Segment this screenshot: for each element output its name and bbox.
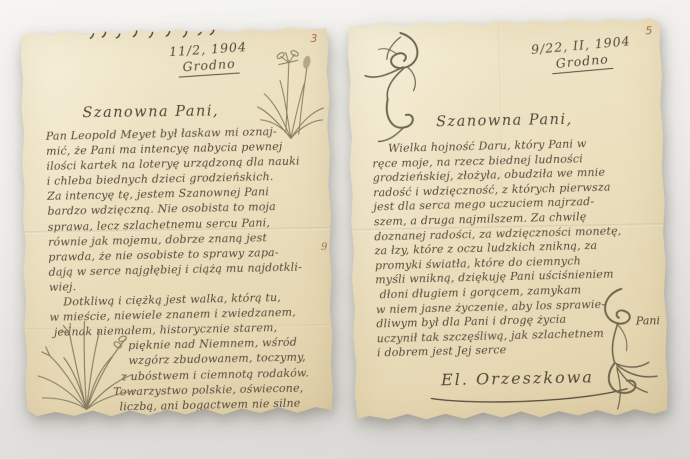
letter-greeting: Szanowna Pani, [436, 112, 573, 131]
letter-date-block: 9/22, II, 1904 Grodno [531, 33, 633, 76]
margin-word: Pani [636, 314, 660, 327]
letter-body: Pan Leopold Meyet był łaskaw mi oznaj-mi… [46, 123, 330, 416]
trimmed-text-remnant-icon [89, 28, 219, 39]
letter-page-1: 3 11/2, 1904 Grodno [19, 24, 334, 422]
flourish-sketch-icon [356, 26, 432, 145]
photo-background: 3 11/2, 1904 Grodno [0, 0, 690, 459]
letter-date-block: 11/2, 1904 Grodno [169, 39, 249, 78]
signature-flourish-icon [429, 387, 629, 407]
signature: El. Orzeszkowa [441, 367, 594, 389]
margin-mark: 9 [321, 242, 328, 253]
letter-page-2: 5 9/22, II, 1904 Grodno [346, 14, 670, 426]
letter-paper-1: 3 11/2, 1904 Grodno [19, 24, 334, 422]
letter-greeting: Szanowna Pani, [82, 103, 219, 121]
page-number: 3 [310, 32, 317, 45]
letter-body: Wielka hojność Daru, który Pani wręce mo… [372, 135, 659, 361]
page-number: 5 [645, 24, 652, 37]
letter-place: Grodno [178, 56, 240, 78]
letter-paper-2: 5 9/22, II, 1904 Grodno [346, 14, 670, 426]
